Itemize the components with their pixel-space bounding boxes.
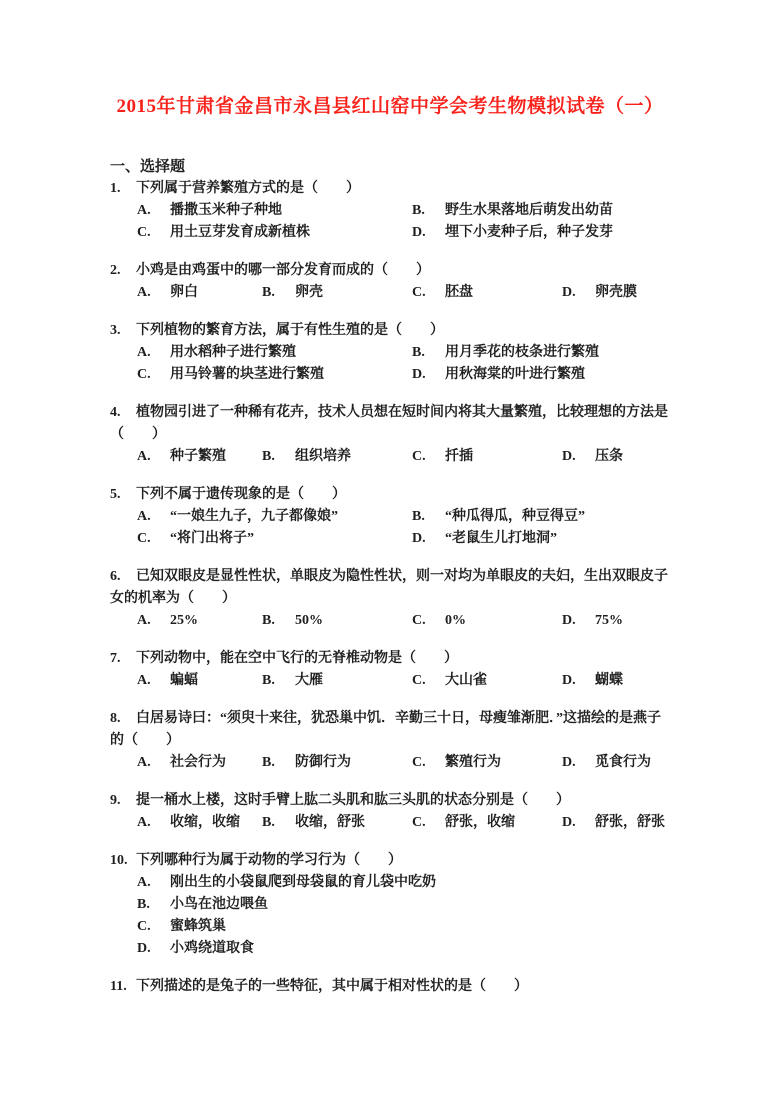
question-stem-line: 7.下列动物中，能在空中飞行的无脊椎动物是（ ） xyxy=(110,648,670,670)
option-a: A.刚出生的小袋鼠爬到母袋鼠的育儿袋中吃奶 xyxy=(137,872,670,894)
option-text: 用马铃薯的块茎进行繁殖 xyxy=(170,367,324,382)
option-label: C. xyxy=(412,812,445,834)
option-label: A. xyxy=(137,610,170,632)
option-text: 50% xyxy=(295,613,323,628)
option-c: C.胚盘 xyxy=(412,282,562,304)
question-stem: 下列描述的是兔子的一些特征，其中属于相对性状的是（ ） xyxy=(136,979,528,994)
option-a: A.用水稻种子进行繁殖 xyxy=(137,342,412,364)
option-label: B. xyxy=(262,446,295,468)
question-number: 8. xyxy=(110,708,136,730)
option-d: D.压条 xyxy=(562,446,670,468)
option-text: 舒张，舒张 xyxy=(595,815,665,830)
option-b: B.卵壳 xyxy=(262,282,412,304)
option-label: B. xyxy=(262,282,295,304)
option-label: A. xyxy=(137,506,170,528)
options-grid: A.社会行为B.防御行为C.繁殖行为D.觅食行为 xyxy=(137,752,670,774)
option-label: B. xyxy=(137,894,170,916)
question-stem: 已知双眼皮是显性性状，单眼皮为隐性性状，则一对均为单眼皮的夫妇，生出双眼皮子女的… xyxy=(110,569,668,606)
question: 10.下列哪种行为属于动物的学习行为（ ）A.刚出生的小袋鼠爬到母袋鼠的育儿袋中… xyxy=(110,850,670,960)
option-text: 收缩，舒张 xyxy=(295,815,365,830)
option-d: D.75% xyxy=(562,610,670,632)
option-b: B.小鸟在池边喂鱼 xyxy=(137,894,670,916)
option-b: B.50% xyxy=(262,610,412,632)
option-text: 埋下小麦种子后，种子发芽 xyxy=(445,225,613,240)
question-stem-line: 10.下列哪种行为属于动物的学习行为（ ） xyxy=(110,850,670,872)
question: 1.下列属于营养繁殖方式的是（ ）A.播撒玉米种子种地B.野生水果落地后萌发出幼… xyxy=(110,178,670,244)
option-label: C. xyxy=(412,752,445,774)
option-text: “将门出将子” xyxy=(170,531,254,546)
option-label: C. xyxy=(137,528,170,550)
option-text: 大雁 xyxy=(295,673,323,688)
option-d: D.蝴蝶 xyxy=(562,670,670,692)
question-stem: 白居易诗曰：“须臾十来往，犹恐巢中饥．辛勤三十日，母瘦雏渐肥．”这描绘的是燕子的… xyxy=(110,711,661,748)
options-grid: A.用水稻种子进行繁殖B.用月季花的枝条进行繁殖C.用马铃薯的块茎进行繁殖D.用… xyxy=(137,342,670,386)
option-b: B.组织培养 xyxy=(262,446,412,468)
option-label: C. xyxy=(137,222,170,244)
option-text: 75% xyxy=(595,613,623,628)
section-title: 一、选择题 xyxy=(110,156,670,178)
question-number: 7. xyxy=(110,648,136,670)
question-number: 4. xyxy=(110,402,136,424)
option-text: 收缩，收缩 xyxy=(170,815,240,830)
option-d: D.埋下小麦种子后，种子发芽 xyxy=(412,222,670,244)
option-text: 种子繁殖 xyxy=(170,449,226,464)
question-stem-line: 3.下列植物的繁育方法，属于有性生殖的是（ ） xyxy=(110,320,670,342)
option-label: D. xyxy=(562,670,595,692)
option-text: “一娘生九子，九子都像娘” xyxy=(170,509,338,524)
option-label: D. xyxy=(137,938,170,960)
question-stem: 植物园引进了一种稀有花卉，技术人员想在短时间内将其大量繁殖，比较理想的方法是（ … xyxy=(110,405,668,442)
option-label: A. xyxy=(137,812,170,834)
option-text: 卵白 xyxy=(170,285,198,300)
option-label: B. xyxy=(262,812,295,834)
option-b: B.收缩，舒张 xyxy=(262,812,412,834)
option-c: C.蜜蜂筑巢 xyxy=(137,916,670,938)
option-c: C.0% xyxy=(412,610,562,632)
option-text: 野生水果落地后萌发出幼苗 xyxy=(445,203,613,218)
option-b: B.“种瓜得瓜，种豆得豆” xyxy=(412,506,670,528)
option-text: 0% xyxy=(445,613,466,628)
option-c: C.大山雀 xyxy=(412,670,562,692)
option-label: A. xyxy=(137,872,170,894)
option-b: B.用月季花的枝条进行繁殖 xyxy=(412,342,670,364)
option-label: B. xyxy=(412,342,445,364)
question: 4.植物园引进了一种稀有花卉，技术人员想在短时间内将其大量繁殖，比较理想的方法是… xyxy=(110,402,670,468)
option-text: 用月季花的枝条进行繁殖 xyxy=(445,345,599,360)
option-a: A.收缩，收缩 xyxy=(137,812,262,834)
option-label: B. xyxy=(412,506,445,528)
option-text: 刚出生的小袋鼠爬到母袋鼠的育儿袋中吃奶 xyxy=(170,875,436,890)
question-number: 1. xyxy=(110,178,136,200)
option-b: B.大雁 xyxy=(262,670,412,692)
question-number: 6. xyxy=(110,566,136,588)
option-d: D.觅食行为 xyxy=(562,752,670,774)
option-label: D. xyxy=(412,364,445,386)
question-stem-line: 6.已知双眼皮是显性性状，单眼皮为隐性性状，则一对均为单眼皮的夫妇，生出双眼皮子… xyxy=(110,566,670,610)
option-text: 播撒玉米种子种地 xyxy=(170,203,282,218)
option-a: A.卵白 xyxy=(137,282,262,304)
option-b: B.防御行为 xyxy=(262,752,412,774)
option-text: 小鸡绕道取食 xyxy=(170,941,254,956)
option-d: D.“老鼠生儿打地洞” xyxy=(412,528,670,550)
option-label: A. xyxy=(137,200,170,222)
option-text: 压条 xyxy=(595,449,623,464)
question-number: 11. xyxy=(110,976,136,998)
exam-paper-page: 2015年甘肃省金昌市永昌县红山窑中学会考生物模拟试卷（一） 一、选择题 1.下… xyxy=(0,0,780,1105)
option-label: C. xyxy=(412,446,445,468)
question: 11.下列描述的是兔子的一些特征，其中属于相对性状的是（ ） xyxy=(110,976,670,998)
option-a: A.蝙蝠 xyxy=(137,670,262,692)
question: 5.下列不属于遗传现象的是（ ）A.“一娘生九子，九子都像娘”B.“种瓜得瓜，种… xyxy=(110,484,670,550)
option-label: B. xyxy=(412,200,445,222)
question-stem: 下列属于营养繁殖方式的是（ ） xyxy=(136,181,360,196)
option-label: A. xyxy=(137,342,170,364)
option-text: 25% xyxy=(170,613,198,628)
option-label: C. xyxy=(412,670,445,692)
question-stem: 小鸡是由鸡蛋中的哪一部分发育而成的（ ） xyxy=(136,263,430,278)
option-label: C. xyxy=(412,610,445,632)
option-label: D. xyxy=(562,282,595,304)
option-c: C.舒张，收缩 xyxy=(412,812,562,834)
option-text: 用水稻种子进行繁殖 xyxy=(170,345,296,360)
option-label: C. xyxy=(137,364,170,386)
option-text: 社会行为 xyxy=(170,755,226,770)
option-text: 舒张，收缩 xyxy=(445,815,515,830)
option-label: A. xyxy=(137,670,170,692)
option-label: A. xyxy=(137,446,170,468)
option-label: C. xyxy=(137,916,170,938)
option-text: “老鼠生儿打地洞” xyxy=(445,531,557,546)
question-stem-line: 2.小鸡是由鸡蛋中的哪一部分发育而成的（ ） xyxy=(110,260,670,282)
question: 3.下列植物的繁育方法，属于有性生殖的是（ ）A.用水稻种子进行繁殖B.用月季花… xyxy=(110,320,670,386)
questions-list: 1.下列属于营养繁殖方式的是（ ）A.播撒玉米种子种地B.野生水果落地后萌发出幼… xyxy=(110,178,670,998)
option-text: 防御行为 xyxy=(295,755,351,770)
question-stem-line: 11.下列描述的是兔子的一些特征，其中属于相对性状的是（ ） xyxy=(110,976,670,998)
option-label: D. xyxy=(562,812,595,834)
option-text: 卵壳膜 xyxy=(595,285,637,300)
question-number: 9. xyxy=(110,790,136,812)
option-a: A.25% xyxy=(137,610,262,632)
option-d: D.舒张，舒张 xyxy=(562,812,670,834)
question-stem: 下列哪种行为属于动物的学习行为（ ） xyxy=(136,853,402,868)
question: 8.白居易诗曰：“须臾十来往，犹恐巢中饥．辛勤三十日，母瘦雏渐肥．”这描绘的是燕… xyxy=(110,708,670,774)
option-label: D. xyxy=(562,610,595,632)
option-c: C.繁殖行为 xyxy=(412,752,562,774)
question-number: 5. xyxy=(110,484,136,506)
question: 2.小鸡是由鸡蛋中的哪一部分发育而成的（ ）A.卵白B.卵壳C.胚盘D.卵壳膜 xyxy=(110,260,670,304)
question-stem-line: 5.下列不属于遗传现象的是（ ） xyxy=(110,484,670,506)
options-grid: A.刚出生的小袋鼠爬到母袋鼠的育儿袋中吃奶B.小鸟在池边喂鱼C.蜜蜂筑巢D.小鸡… xyxy=(137,872,670,960)
option-text: 觅食行为 xyxy=(595,755,651,770)
option-label: C. xyxy=(412,282,445,304)
question: 9.提一桶水上楼，这时手臂上肱二头肌和肱三头肌的状态分别是（ ）A.收缩，收缩B… xyxy=(110,790,670,834)
option-label: B. xyxy=(262,670,295,692)
question-stem-line: 9.提一桶水上楼，这时手臂上肱二头肌和肱三头肌的状态分别是（ ） xyxy=(110,790,670,812)
option-d: D.卵壳膜 xyxy=(562,282,670,304)
options-grid: A.播撒玉米种子种地B.野生水果落地后萌发出幼苗C.用土豆芽发育成新植株D.埋下… xyxy=(137,200,670,244)
option-text: 蝙蝠 xyxy=(170,673,198,688)
options-grid: A.收缩，收缩B.收缩，舒张C.舒张，收缩D.舒张，舒张 xyxy=(137,812,670,834)
option-text: 蜜蜂筑巢 xyxy=(170,919,226,934)
option-a: A.种子繁殖 xyxy=(137,446,262,468)
options-grid: A.25%B.50%C.0%D.75% xyxy=(137,610,670,632)
option-a: A.“一娘生九子，九子都像娘” xyxy=(137,506,412,528)
option-label: D. xyxy=(562,446,595,468)
question-stem-line: 8.白居易诗曰：“须臾十来往，犹恐巢中饥．辛勤三十日，母瘦雏渐肥．”这描绘的是燕… xyxy=(110,708,670,752)
option-text: 胚盘 xyxy=(445,285,473,300)
option-label: D. xyxy=(412,528,445,550)
option-a: A.播撒玉米种子种地 xyxy=(137,200,412,222)
question-number: 2. xyxy=(110,260,136,282)
option-label: A. xyxy=(137,282,170,304)
question-stem-line: 4.植物园引进了一种稀有花卉，技术人员想在短时间内将其大量繁殖，比较理想的方法是… xyxy=(110,402,670,446)
option-text: 卵壳 xyxy=(295,285,323,300)
option-text: 小鸟在池边喂鱼 xyxy=(170,897,268,912)
question-number: 10. xyxy=(110,850,136,872)
option-d: D.小鸡绕道取食 xyxy=(137,938,670,960)
option-c: C.用土豆芽发育成新植株 xyxy=(137,222,412,244)
option-text: 用秋海棠的叶进行繁殖 xyxy=(445,367,585,382)
options-grid: A.种子繁殖B.组织培养C.扦插D.压条 xyxy=(137,446,670,468)
option-label: B. xyxy=(262,610,295,632)
option-text: 组织培养 xyxy=(295,449,351,464)
question: 7.下列动物中，能在空中飞行的无脊椎动物是（ ）A.蝙蝠B.大雁C.大山雀D.蝴… xyxy=(110,648,670,692)
option-label: D. xyxy=(412,222,445,244)
option-text: 用土豆芽发育成新植株 xyxy=(170,225,310,240)
question: 6.已知双眼皮是显性性状，单眼皮为隐性性状，则一对均为单眼皮的夫妇，生出双眼皮子… xyxy=(110,566,670,632)
option-text: 繁殖行为 xyxy=(445,755,501,770)
option-text: 大山雀 xyxy=(445,673,487,688)
question-stem-line: 1.下列属于营养繁殖方式的是（ ） xyxy=(110,178,670,200)
option-d: D.用秋海棠的叶进行繁殖 xyxy=(412,364,670,386)
option-c: C.用马铃薯的块茎进行繁殖 xyxy=(137,364,412,386)
option-text: 扦插 xyxy=(445,449,473,464)
question-stem: 下列动物中，能在空中飞行的无脊椎动物是（ ） xyxy=(136,651,458,666)
option-label: D. xyxy=(562,752,595,774)
option-c: C.“将门出将子” xyxy=(137,528,412,550)
option-c: C.扦插 xyxy=(412,446,562,468)
option-b: B.野生水果落地后萌发出幼苗 xyxy=(412,200,670,222)
question-stem: 下列植物的繁育方法，属于有性生殖的是（ ） xyxy=(136,323,444,338)
option-label: B. xyxy=(262,752,295,774)
options-grid: A.“一娘生九子，九子都像娘”B.“种瓜得瓜，种豆得豆”C.“将门出将子”D.“… xyxy=(137,506,670,550)
question-stem: 下列不属于遗传现象的是（ ） xyxy=(136,487,346,502)
option-a: A.社会行为 xyxy=(137,752,262,774)
options-grid: A.卵白B.卵壳C.胚盘D.卵壳膜 xyxy=(137,282,670,304)
page-title: 2015年甘肃省金昌市永昌县红山窑中学会考生物模拟试卷（一） xyxy=(110,92,670,122)
option-label: A. xyxy=(137,752,170,774)
option-text: 蝴蝶 xyxy=(595,673,623,688)
option-text: “种瓜得瓜，种豆得豆” xyxy=(445,509,585,524)
question-stem: 提一桶水上楼，这时手臂上肱二头肌和肱三头肌的状态分别是（ ） xyxy=(136,793,570,808)
question-number: 3. xyxy=(110,320,136,342)
options-grid: A.蝙蝠B.大雁C.大山雀D.蝴蝶 xyxy=(137,670,670,692)
